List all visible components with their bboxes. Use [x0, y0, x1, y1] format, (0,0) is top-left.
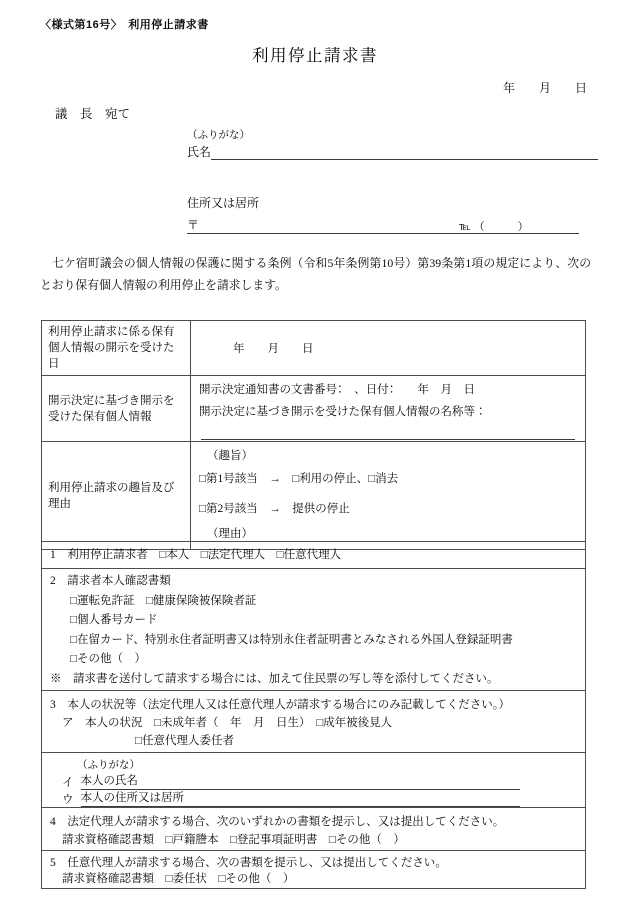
table-row: 5 任意代理人が請求する場合、次の書類を提示し、又は提出してください。 請求資格… [42, 850, 586, 888]
date-line: 年 月 日 [503, 79, 587, 96]
tel-mark-icon: ℡ [459, 221, 471, 233]
principal-name-address-cell: （ふりがな） イ 本人の氏名 ウ 本人の住所又は居所 [42, 752, 586, 807]
table-row: 利用停止請求の趣旨及び理由 （趣旨） □第1号該当 → □利用の停止、□消去 □… [42, 442, 586, 550]
disclosure-date-value: 年 月 日 [191, 321, 586, 376]
purpose-heading: （趣旨） [197, 448, 579, 464]
reason-heading: （理由） [197, 526, 579, 542]
identity-documents-heading: 2 請求者本人確認書類 [50, 572, 577, 592]
identity-documents-cell: 2 請求者本人確認書類 □運転免許証 □健康保険被保険者証 □個人番号カード □… [42, 569, 586, 691]
principal-status-heading: 3 本人の状況等（法定代理人又は任意代理人が請求する場合にのみ記載してください。… [50, 696, 577, 714]
table-row: 開示決定に基づき開示を受けた保有個人情報 開示決定通知書の文書番号： 、日付： … [42, 376, 586, 442]
principal-name-line: イ 本人の氏名 [62, 773, 520, 790]
disclosure-date-label: 利用停止請求に係る保有個人情報の開示を受けた日 [42, 321, 191, 376]
principal-status-cell: 3 本人の状況等（法定代理人又は任意代理人が請求する場合にのみ記載してください。… [42, 690, 586, 752]
table-row: （ふりがな） イ 本人の氏名 ウ 本人の住所又は居所 [42, 752, 586, 807]
requester-info-table: 1 利用停止請求者 □本人 □法定代理人 □任意代理人 2 請求者本人確認書類 … [41, 541, 586, 889]
disclosure-info-table: 利用停止請求に係る保有個人情報の開示を受けた日 年 月 日 開示決定に基づき開示… [41, 320, 586, 550]
legal-agent-cell: 4 法定代理人が請求する場合、次のいずれかの書類を提示し、又は提出してください。… [42, 807, 586, 850]
intro-paragraph: 七ケ宿町議会の個人情報の保護に関する条例（令和5年条例第10号）第39条第1項の… [40, 252, 591, 296]
info-name-line: 開示決定に基づき開示を受けた保有個人情報の名称等： [199, 405, 577, 420]
disclosed-info-cell: 開示決定通知書の文書番号： 、日付： 年 月 日 開示決定に基づき開示を受けた保… [191, 376, 586, 442]
address-label: 住所又は居所 [187, 194, 259, 211]
table-row: 2 請求者本人確認書類 □運転免許証 □健康保険被保険者証 □個人番号カード □… [42, 569, 586, 691]
table-row: 3 本人の状況等（法定代理人又は任意代理人が請求する場合にのみ記載してください。… [42, 690, 586, 752]
purpose-reason-cell: （趣旨） □第1号該当 → □利用の停止、□消去 □第2号該当 → 提供の停止 … [191, 442, 586, 550]
identity-doc-option-3: □在留カード、特別永住者証明書又は特別永住者証明書とみなされる外国人登録証明書 [50, 631, 577, 651]
document-page: 〈様式第16号〉 利用停止請求書 利用停止請求書 年 月 日 議 長 宛て （ふ… [0, 0, 630, 903]
addressee: 議 長 宛て [55, 104, 130, 122]
requester-checkbox-line: 1 利用停止請求者 □本人 □法定代理人 □任意代理人 [42, 542, 586, 569]
legal-agent-heading: 4 法定代理人が請求する場合、次のいずれかの書類を提示し、又は提出してください。 [50, 813, 577, 832]
identity-doc-option-1: □運転免許証 □健康保険被保険者証 [50, 592, 577, 612]
principal-address-line: ウ 本人の住所又は居所 [62, 790, 520, 807]
voluntary-agent-cell: 5 任意代理人が請求する場合、次の書類を提示し、又は提出してください。 請求資格… [42, 850, 586, 888]
principal-address-blank: 本人の住所又は居所 [81, 790, 521, 807]
table-row: 1 利用停止請求者 □本人 □法定代理人 □任意代理人 [42, 542, 586, 569]
doc-number-line: 開示決定通知書の文書番号： 、日付： 年 月 日 [199, 383, 577, 398]
principal-status-checkbox-line: ア 本人の状況 □未成年者（ 年 月 日生） □成年被後見人 [50, 714, 577, 732]
info-name-blank [201, 427, 575, 440]
name-field-line: 氏名 [187, 143, 598, 160]
principal-furigana-label: （ふりがな） [50, 759, 577, 773]
name-blank [211, 144, 598, 160]
principal-address-label: 本人の住所又は居所 [81, 792, 185, 804]
tel-blank: （ ） [474, 221, 529, 233]
purpose-reason-label: 利用停止請求の趣旨及び理由 [42, 442, 191, 550]
mailing-note: ※ 請求書を送付して請求する場合には、加えて住民票の写し等を添付してください。 [50, 670, 577, 690]
form-code: 〈様式第16号〉 利用停止請求書 [40, 16, 209, 32]
principal-address-prefix: ウ [62, 791, 74, 807]
legal-agent-documents-line: 請求資格確認書類 □戸籍謄本 □登記事項証明書 □その他（ ） [50, 831, 577, 850]
postal-mark-icon: 〒 [187, 218, 199, 232]
page-title: 利用停止請求書 [0, 42, 630, 66]
furigana-label: （ふりがな） [187, 127, 250, 142]
voluntary-agent-documents-line: 請求資格確認書類 □委任状 □その他（ ） [50, 871, 577, 888]
table-row: 利用停止請求に係る保有個人情報の開示を受けた日 年 月 日 [42, 321, 586, 376]
purpose-checkbox-line-1: □第1号該当 → □利用の停止、□消去 [197, 471, 579, 487]
voluntary-agent-checkbox-line: □任意代理人委任者 [50, 732, 577, 750]
tel-part: ℡ （ ） [459, 218, 529, 234]
voluntary-agent-heading: 5 任意代理人が請求する場合、次の書類を提示し、又は提出してください。 [50, 855, 577, 872]
purpose-checkbox-line-2: □第2号該当 → 提供の停止 [197, 501, 579, 517]
table-row: 4 法定代理人が請求する場合、次のいずれかの書類を提示し、又は提出してください。… [42, 807, 586, 850]
postal-tel-line: 〒 ℡ （ ） [187, 216, 579, 234]
disclosed-info-label: 開示決定に基づき開示を受けた保有個人情報 [42, 376, 191, 442]
name-label: 氏名 [187, 143, 211, 160]
principal-name-label: 本人の氏名 [81, 775, 139, 787]
principal-name-prefix: イ [62, 774, 74, 790]
identity-doc-option-2: □個人番号カード [50, 611, 577, 631]
principal-name-blank: 本人の氏名 [81, 773, 521, 790]
identity-doc-option-4: □その他（ ） [50, 650, 577, 670]
